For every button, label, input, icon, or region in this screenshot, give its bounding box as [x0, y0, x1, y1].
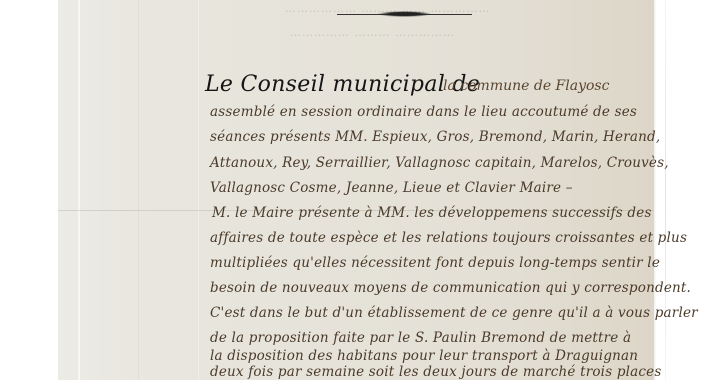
- handwritten-line: séances présents MM. Espieux, Gros, Brem…: [210, 129, 660, 145]
- paper-fold-vertical: [198, 0, 199, 380]
- handwritten-line: assemblé en session ordinaire dans le li…: [210, 104, 637, 120]
- handwritten-line: deux fois par semaine soit les deux jour…: [210, 364, 662, 380]
- handwritten-line: M. le Maire présente à MM. les développe…: [212, 205, 652, 221]
- handwritten-line: besoin de nouveaux moyens de communicati…: [210, 280, 691, 296]
- handwritten-line: multipliées qu'elles nécessitent font de…: [210, 255, 660, 271]
- handwritten-line: de la proposition faite par le S. Paulin…: [210, 330, 631, 346]
- handwritten-line: Vallagnosc Cosme, Jeanne, Lieue et Clavi…: [210, 180, 573, 196]
- printed-heading: Le Conseil municipal de: [205, 72, 480, 97]
- page-edge-shadow: [665, 0, 666, 380]
- ornamental-divider: [337, 11, 472, 17]
- handwritten-line: Attanoux, Rey, Serraillier, Vallagnosc c…: [210, 155, 669, 171]
- bleed-through-text: …………… ……… ……………: [290, 26, 455, 39]
- handwritten-line: C'est dans le but d'un établissement de …: [210, 305, 698, 321]
- handwritten-commune-name: la commune de Flayosc: [443, 78, 609, 94]
- handwritten-line: la disposition des habitans pour leur tr…: [210, 348, 638, 364]
- handwritten-line: affaires de toute espèce et les relation…: [210, 230, 687, 246]
